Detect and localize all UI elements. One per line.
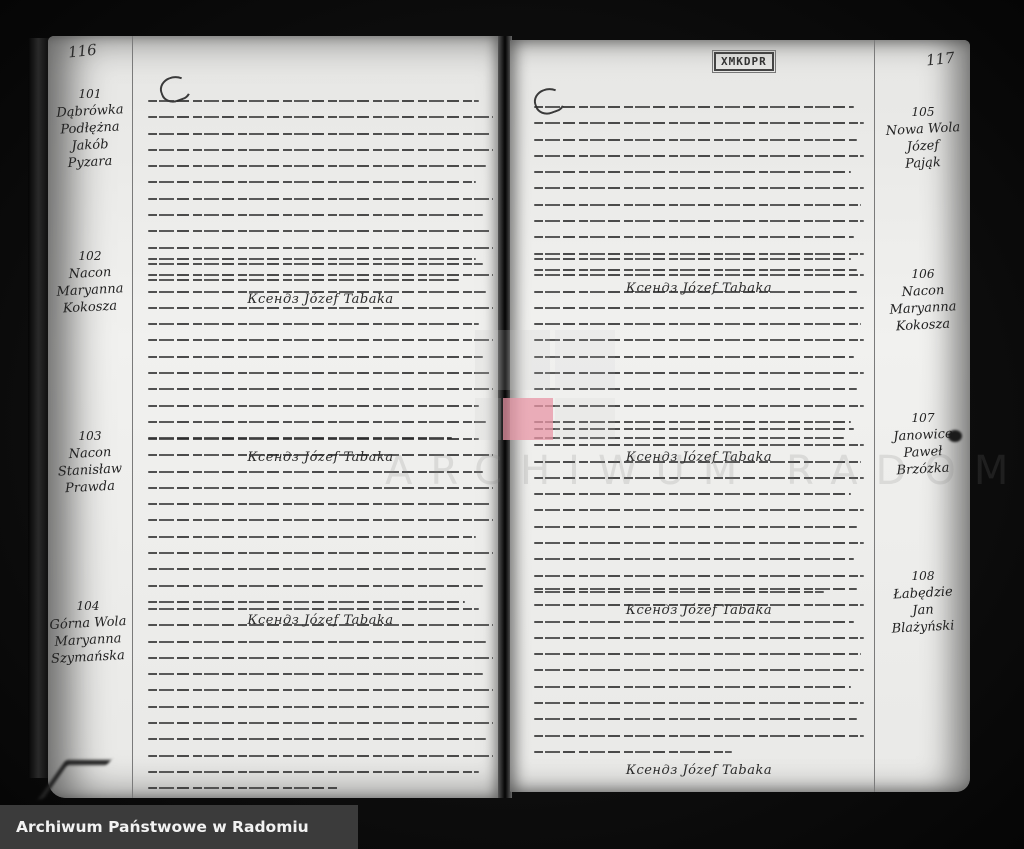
- entry-108-body: Ксендз Józef Tabaka: [534, 588, 864, 788]
- margin-rule: [874, 40, 875, 792]
- margin-note-entry-101: 101 Dąbrówka Podłężna Jakób Pyzara: [48, 86, 136, 171]
- entry-104-body: Ксендз Józef Tabaka: [148, 608, 493, 798]
- margin-surname: Pająk: [876, 153, 970, 175]
- margin-surname: Kokosza: [48, 297, 136, 319]
- margin-note-entry-104: 104 Górna Wola Maryanna Szymańska: [48, 598, 134, 666]
- margin-note-entry-103: 103 Nacon Stanisław Prawda: [48, 428, 136, 496]
- margin-surname: Pyzara: [48, 152, 136, 174]
- margin-note-entry-105: 105 Nowa Wola Józef Pająk: [876, 104, 970, 172]
- margin-note-entry-106: 106 Nacon Maryanna Kokosza: [876, 266, 970, 334]
- margin-surname: Szymańska: [48, 647, 134, 669]
- margin-note-entry-107: 107 Janowice Paweł Brzózka: [876, 410, 970, 478]
- margin-note-entry-108: 108 Łabędzie Jan Blażyński: [876, 568, 970, 636]
- page-number: 117: [925, 49, 955, 70]
- margin-surname: Blażyński: [876, 617, 970, 639]
- margin-note-entry-102: 102 Nacon Maryanna Kokosza: [48, 248, 136, 316]
- priest-signature: Ксендз Józef Tabaka: [534, 763, 864, 778]
- right-page: XMKDPR 117 Ксендз Józef Tabaka 105 Nowa …: [510, 40, 970, 792]
- archive-label: Archiwum Państwowe w Radomiu: [0, 805, 358, 849]
- archive-stamp: XMKDPR: [714, 52, 774, 71]
- page-number: 116: [67, 41, 97, 62]
- archive-label-text: Archiwum Państwowe w Radomiu: [16, 818, 309, 836]
- margin-surname: Kokosza: [876, 315, 970, 337]
- margin-surname: Prawda: [48, 477, 136, 499]
- ink-blot: [948, 430, 962, 442]
- left-page: 116 101 Dąbrówka Podłężna Jakób Pyzara К…: [48, 36, 500, 798]
- margin-surname: Brzózka: [876, 459, 970, 481]
